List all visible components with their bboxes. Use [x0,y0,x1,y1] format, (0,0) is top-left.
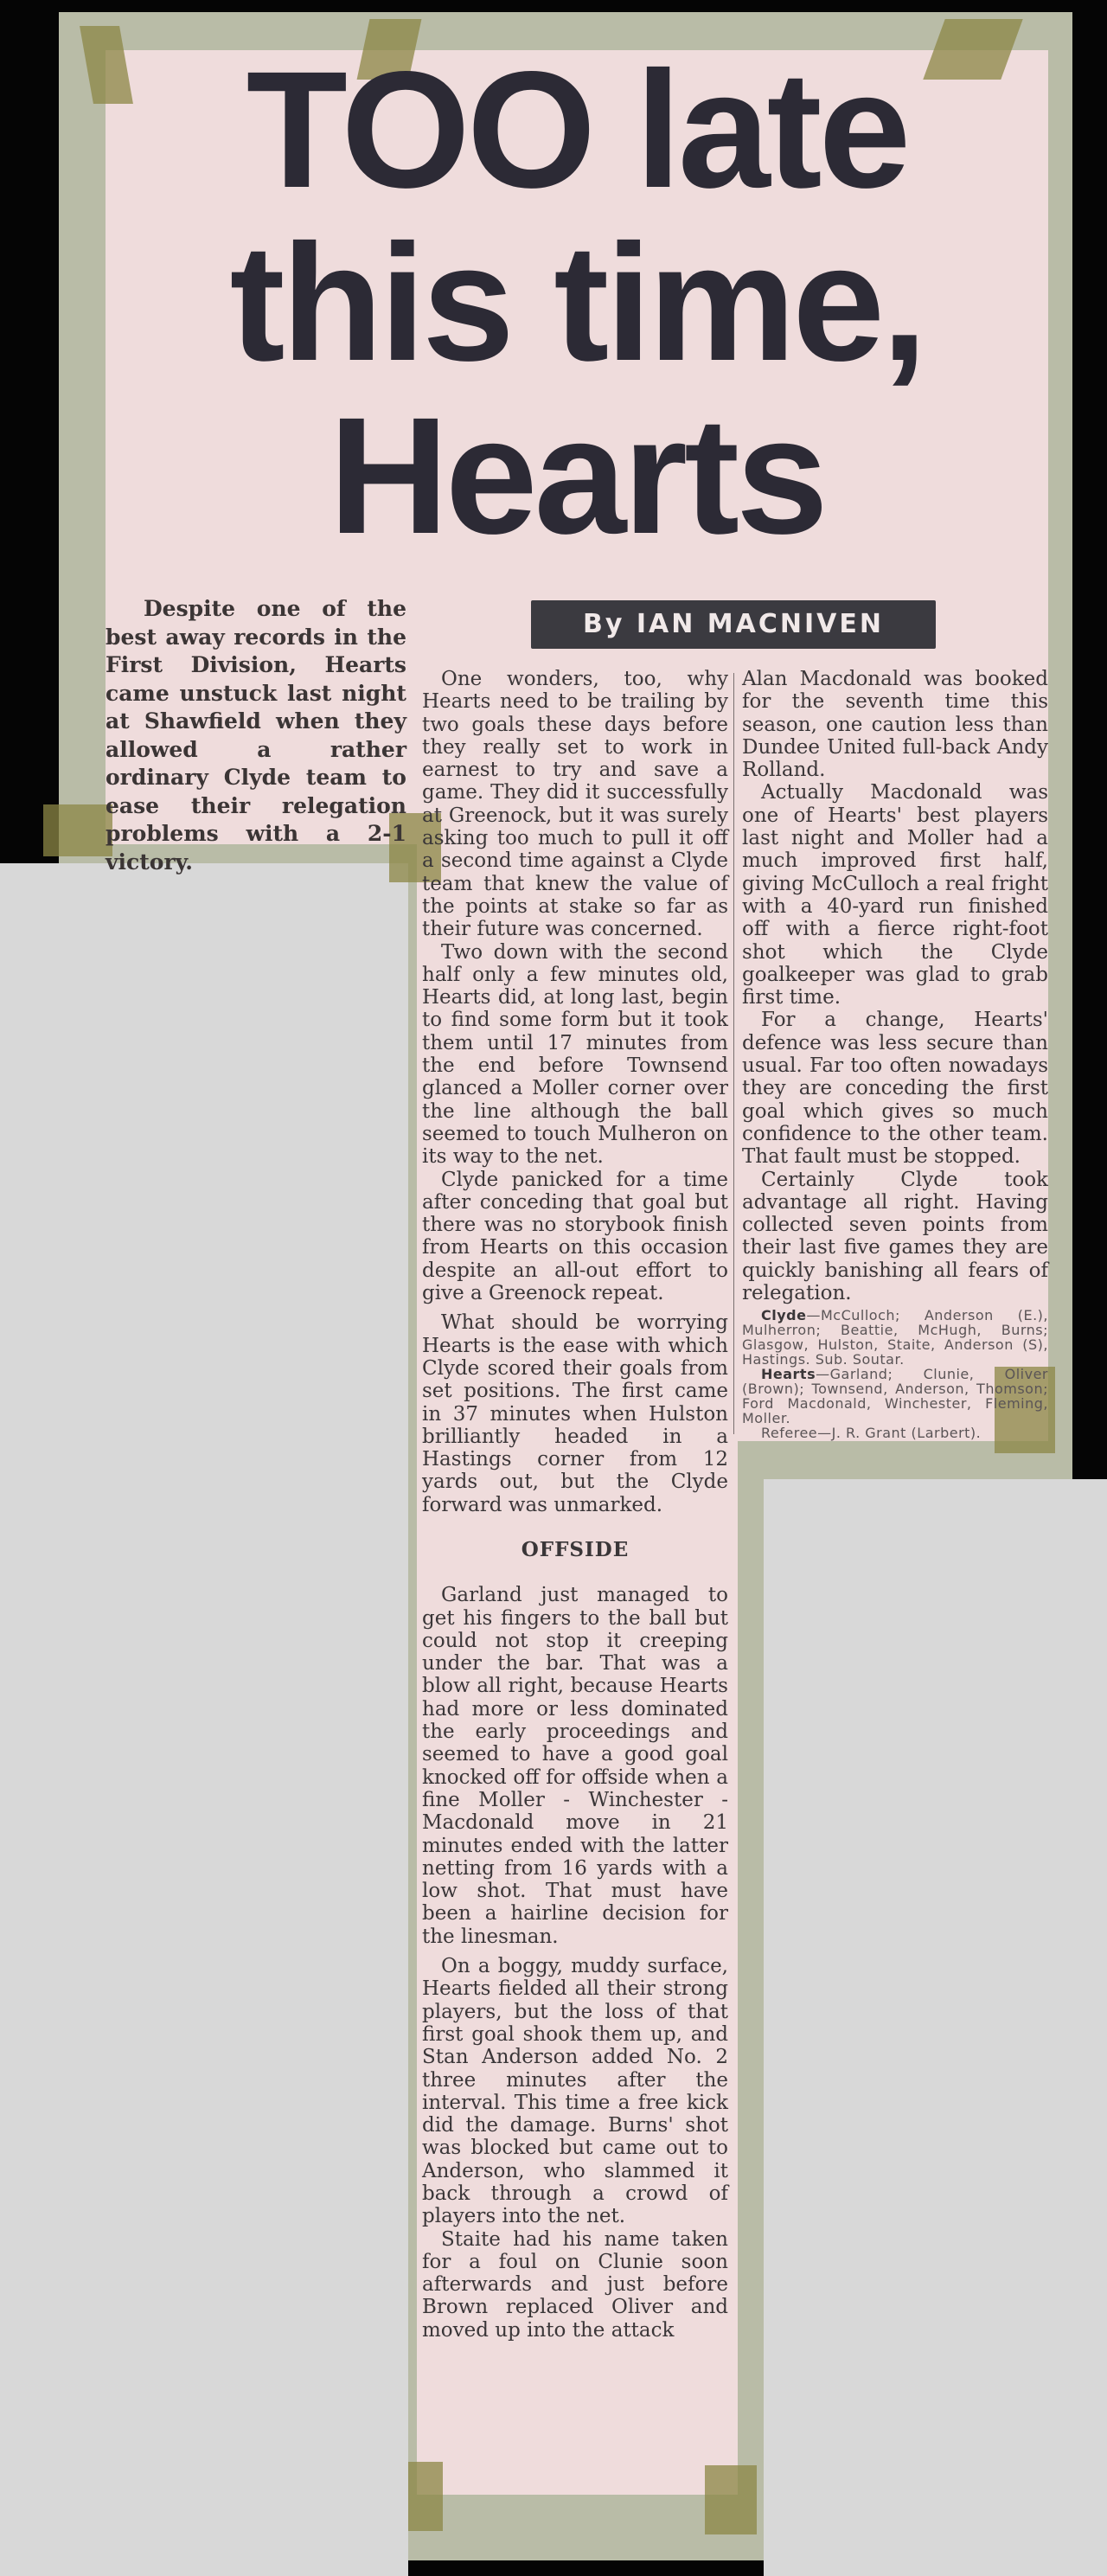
right-column: Alan Macdonald was booked for the sevent… [742,668,1048,1440]
photo-border-right [1072,19,1107,1479]
referee-label: Referee [761,1425,817,1441]
photo-border-bottom [408,2560,764,2576]
paragraph: One wonders, too, why Hearts need to be … [422,668,728,941]
byline: By IAN MACNIVEN [531,600,936,649]
paragraph: Two down with the second half only a few… [422,941,728,1169]
headline: TOO late this time, Hearts [106,43,1048,562]
paragraph: For a change, Hearts' defence was less s… [742,1009,1048,1168]
paragraph: Garland just managed to get his fingers … [422,1584,728,1948]
paragraph: On a boggy, muddy surface, Hearts fielde… [422,1955,728,2228]
intro-paragraph: Despite one of the best away records in … [106,595,406,876]
paragraph: Alan Macdonald was booked for the sevent… [742,668,1048,781]
paragraph: Actually Macdonald was one of Hearts' be… [742,781,1048,1009]
paragraph: Certainly Clyde took advantage all right… [742,1169,1048,1305]
photo-border-left [0,0,59,863]
intro-column: Despite one of the best away records in … [106,595,406,876]
paragraph: What should be worrying Hearts is the ea… [422,1311,728,1516]
headline-line-1: TOO late [106,43,1048,216]
tape-bottom-left [408,2462,443,2531]
tape-bottom-right [705,2465,757,2534]
subheading: OFFSIDE [422,1539,728,1561]
middle-column: One wonders, too, why Hearts need to be … [422,668,728,2342]
lineup-hearts: Hearts—Garland; Clunie, Oliver (Brown); … [742,1367,1048,1426]
team-lineups: Clyde—McCulloch; Anderson (E.), Mulherro… [742,1308,1048,1440]
lineup-clyde: Clyde—McCulloch; Anderson (E.), Mulherro… [742,1308,1048,1367]
paragraph: Staite had his name taken for a foul on … [422,2228,728,2342]
tape-mid-left [43,804,112,856]
headline-line-2: this time, [106,216,1048,389]
referee-line: Referee—J. R. Grant (Larbert). [742,1426,1048,1440]
paragraph: Clyde panicked for a time after concedin… [422,1169,728,1305]
referee-name: —J. R. Grant (Larbert). [817,1425,981,1441]
headline-line-3: Hearts [106,389,1048,562]
column-rule [733,673,734,1434]
